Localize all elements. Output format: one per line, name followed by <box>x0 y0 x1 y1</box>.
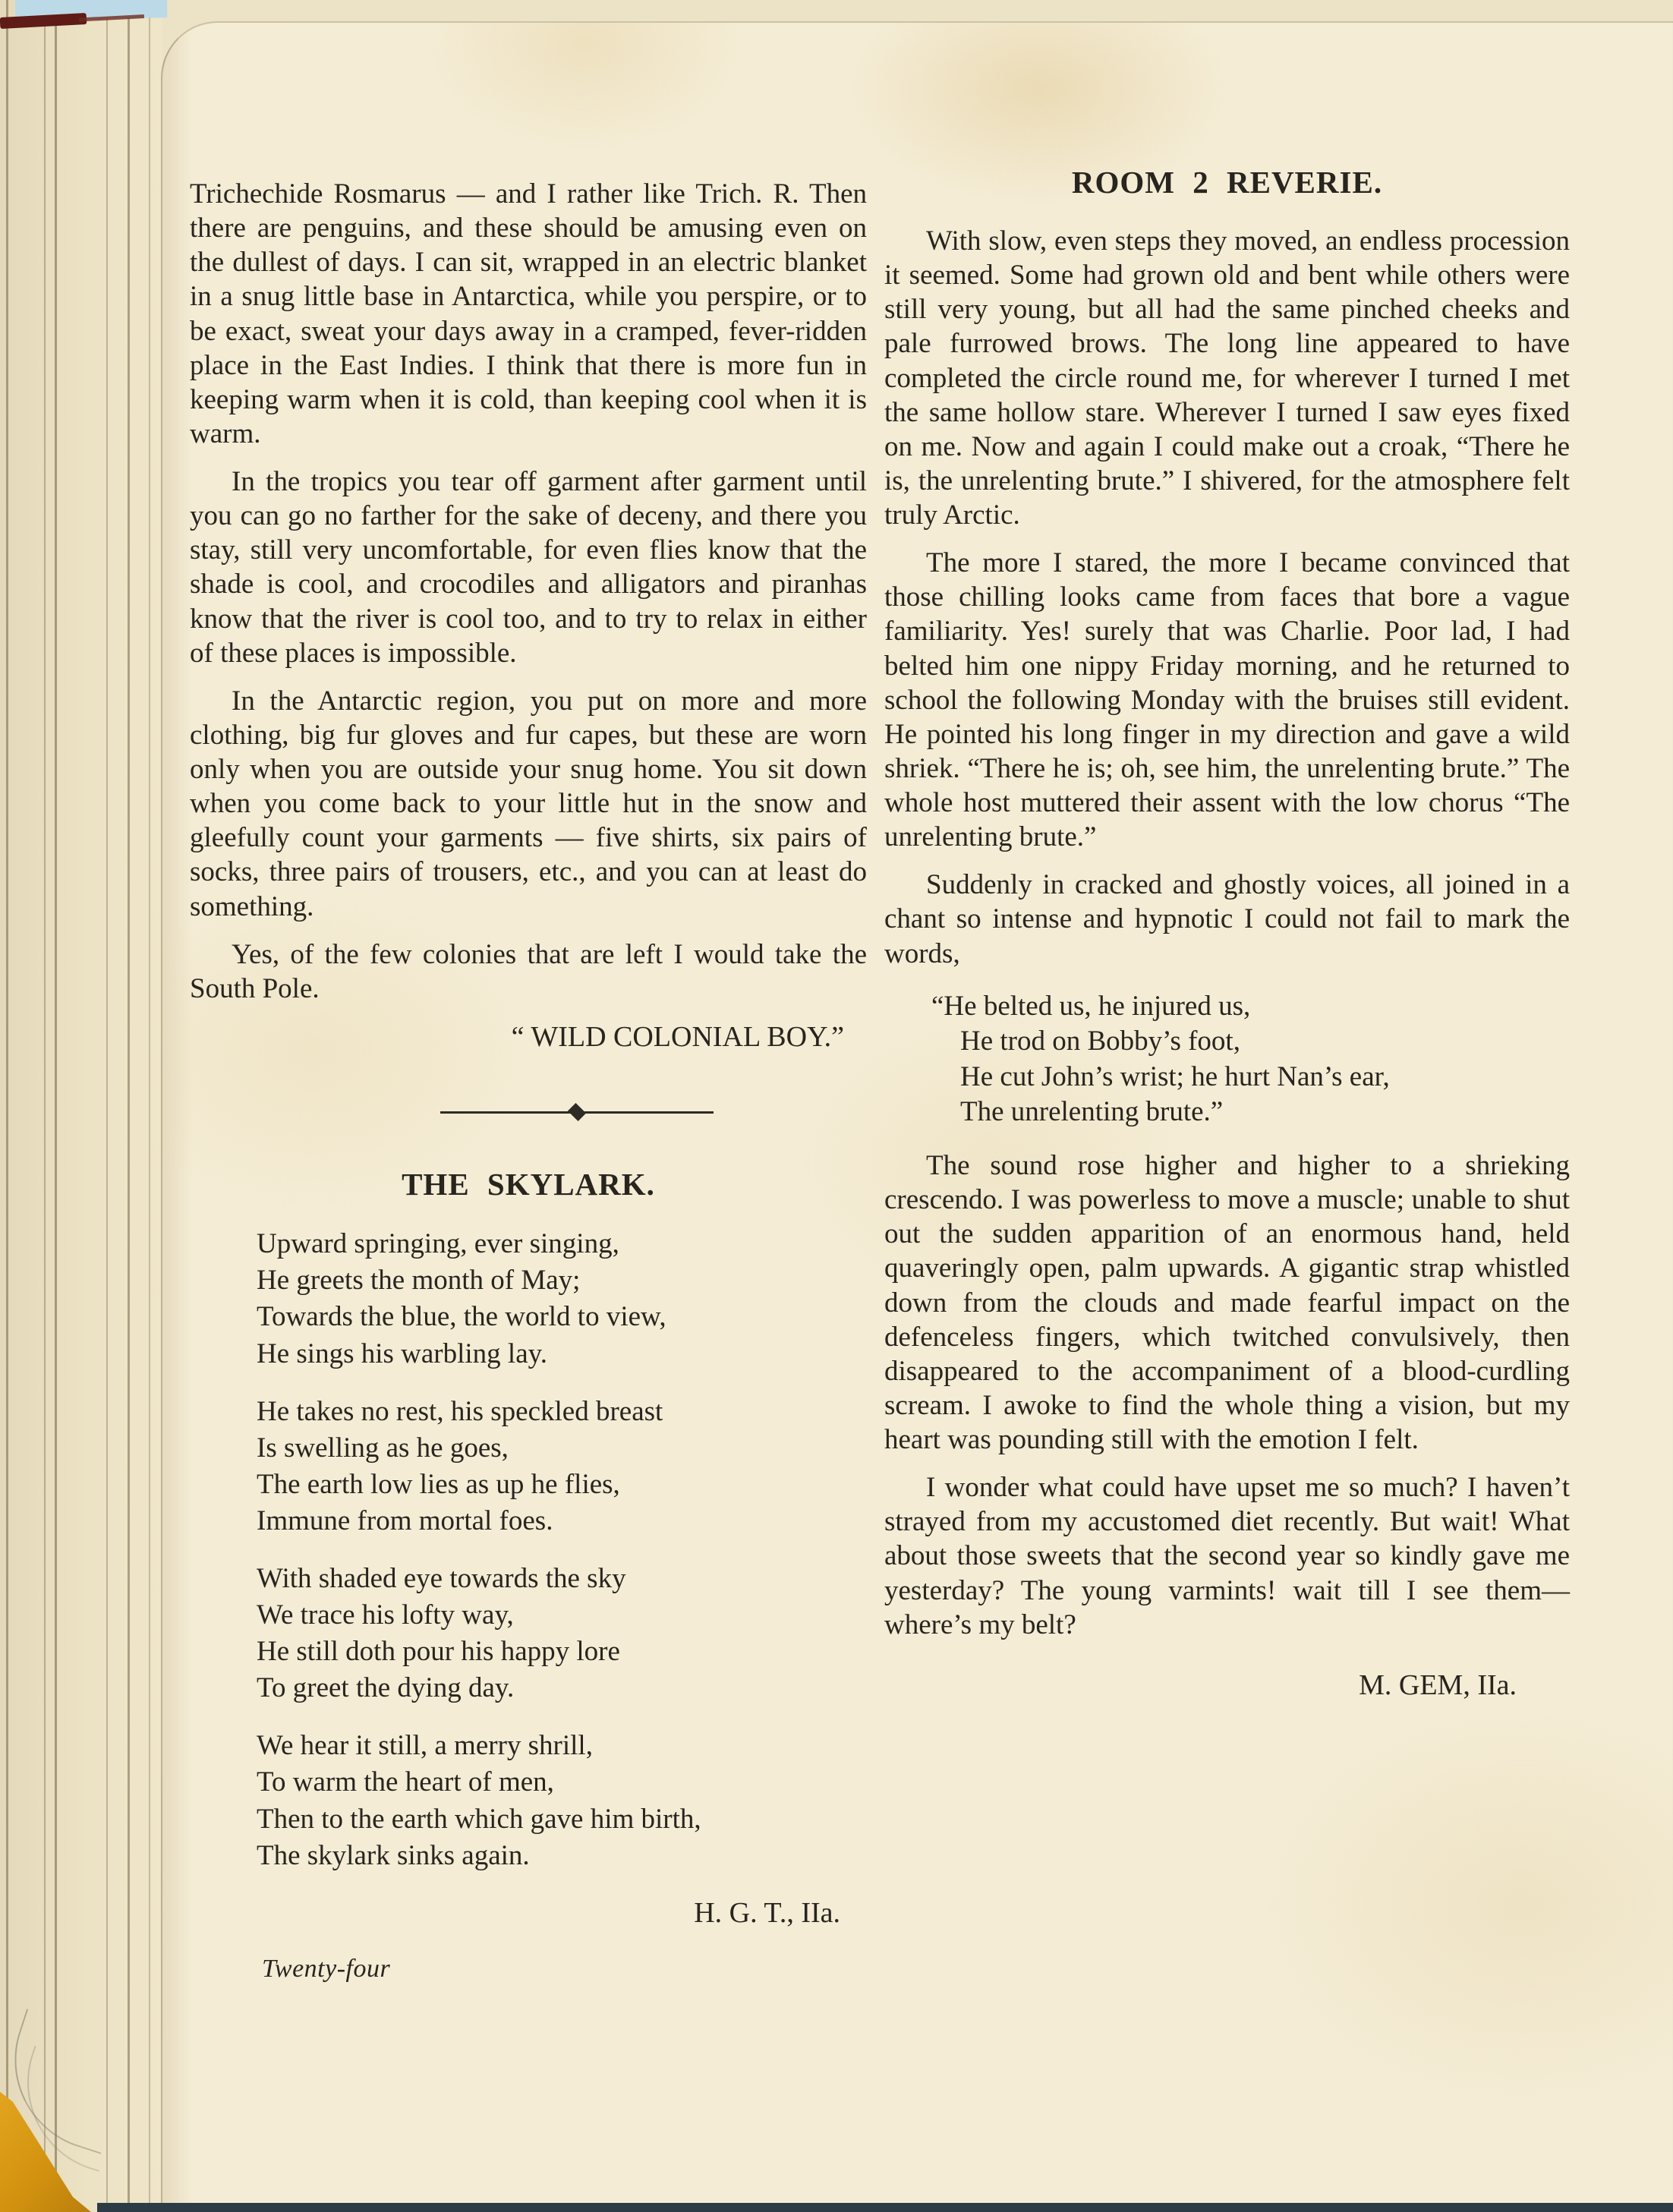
left-column: Trichechide Rosmarus — and I rather like… <box>190 177 867 1985</box>
page-edge-line <box>55 0 57 2212</box>
chant-verse: “He belted us, he injured us, He trod on… <box>931 989 1570 1130</box>
article-title: ROOM 2 REVERIE. <box>884 163 1570 201</box>
poem-stanza: With shaded eye towards the sky We trace… <box>257 1561 867 1706</box>
poem-line: Immune from mortal foes. <box>257 1503 867 1539</box>
article-paragraph: Suddenly in cracked and ghostly voices, … <box>884 868 1570 970</box>
article-paragraph: Trichechide Rosmarus — and I rather like… <box>190 177 867 451</box>
scan-bottom-edge <box>97 2203 1673 2212</box>
article-paragraph: Yes, of the few colonies that are left I… <box>190 937 867 1006</box>
divider-line <box>582 1111 714 1114</box>
article-signature: “ WILD COLONIAL BOY.” <box>190 1019 867 1054</box>
poem-stanza: He takes no rest, his speckled breast Is… <box>257 1394 867 1539</box>
poem-line: We hear it still, a merry shrill, <box>257 1728 867 1764</box>
poem-line: He takes no rest, his speckled breast <box>257 1394 867 1430</box>
poem-line: Towards the blue, the world to view, <box>257 1299 867 1335</box>
right-column: ROOM 2 REVERIE. With slow, even steps th… <box>884 163 1570 1703</box>
chant-line: He cut John’s wrist; he hurt Nan’s ear, <box>960 1060 1570 1095</box>
article-paragraph: I wonder what could have upset me so muc… <box>884 1470 1570 1642</box>
page-number: Twenty-four <box>262 1953 867 1984</box>
article-signature: M. GEM, IIa. <box>884 1668 1570 1703</box>
page-edge-line <box>44 0 46 2212</box>
article-paragraph: With slow, even steps they moved, an end… <box>884 224 1570 532</box>
article-paragraph: In the Antarctic region, you put on more… <box>190 684 867 924</box>
page-edge-line <box>149 0 150 2212</box>
divider-line <box>440 1111 572 1114</box>
article-paragraph: The sound rose higher and higher to a sh… <box>884 1149 1570 1457</box>
chant-line: “He belted us, he injured us, <box>931 989 1570 1025</box>
diamond-divider <box>440 1103 714 1121</box>
poem-line: Upward springing, ever singing, <box>257 1226 867 1262</box>
poem-line: To greet the dying day. <box>257 1670 867 1706</box>
scanned-magazine-page: Trichechide Rosmarus — and I rather like… <box>0 0 1673 2212</box>
article-paragraph: In the tropics you tear off garment afte… <box>190 465 867 670</box>
chant-line: He trod on Bobby’s foot, <box>960 1024 1570 1060</box>
poem-stanza: We hear it still, a merry shrill, To war… <box>257 1728 867 1873</box>
poem-line: Is swelling as he goes, <box>257 1430 867 1467</box>
poem-line: We trace his lofty way, <box>257 1597 867 1634</box>
poem-signature: H. G. T., IIa. <box>190 1895 867 1930</box>
diamond-ornament-icon <box>568 1103 586 1121</box>
page-edge-line <box>6 0 8 2212</box>
poem-stanza: Upward springing, ever singing, He greet… <box>257 1226 867 1372</box>
page-edge-line <box>128 0 130 2212</box>
poem-line: Then to the earth which gave him birth, <box>257 1801 867 1838</box>
poem-line: He greets the month of May; <box>257 1262 867 1299</box>
poem-line: With shaded eye towards the sky <box>257 1561 867 1597</box>
book-page-edges <box>0 0 162 2212</box>
poem-line: He still doth pour his happy lore <box>257 1634 867 1670</box>
article-paragraph: The more I stared, the more I became con… <box>884 546 1570 854</box>
poem-line: To warm the heart of men, <box>257 1764 867 1801</box>
poem-line: The skylark sinks again. <box>257 1838 867 1874</box>
poem-line: He sings his warbling lay. <box>257 1336 867 1372</box>
poem-title: THE SKYLARK. <box>190 1165 867 1203</box>
skylark-poem: Upward springing, ever singing, He greet… <box>257 1226 867 1874</box>
page-edge-line <box>106 0 108 2212</box>
chant-line: The unrelenting brute.” <box>960 1095 1570 1130</box>
poem-line: The earth low lies as up he flies, <box>257 1467 867 1503</box>
